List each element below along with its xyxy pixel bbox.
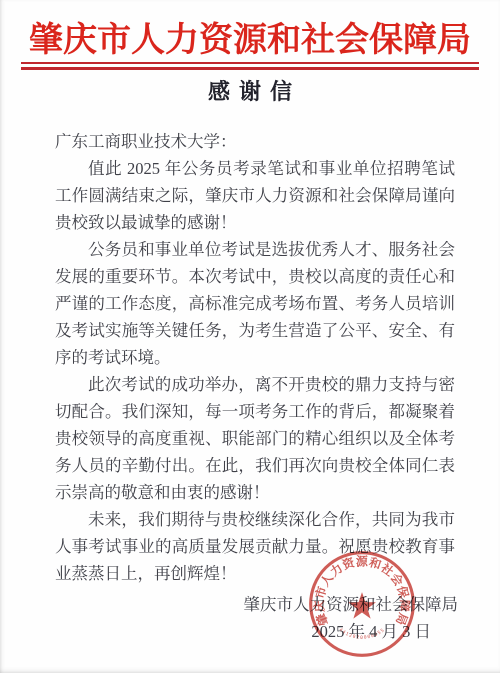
letterhead-separator [21, 62, 479, 70]
letter-page: 肇庆市人力资源和社会保障局 感谢信 广东工商职业技术大学： 值此 2025 年公… [0, 0, 500, 673]
letter-body: 广东工商职业技术大学： 值此 2025 年公务员考录笔试和事业单位招聘笔试工作圆… [55, 128, 455, 587]
letterhead-title: 肇庆市人力资源和社会保障局 [0, 12, 500, 61]
red-rule-thin [21, 62, 479, 64]
paragraph-2: 公务员和事业单位考试是选拔优秀人才、服务社会发展的重要环节。本次考试中，贵校以高… [55, 236, 455, 371]
seal-code: 4412020000055 [338, 627, 387, 641]
paragraph-1: 值此 2025 年公务员考录笔试和事业单位招聘笔试工作圆满结束之际，肇庆市人力资… [55, 155, 455, 236]
salutation: 广东工商职业技术大学： [55, 128, 455, 155]
paragraph-3: 此次考试的成功举办，离不开贵校的鼎力支持与密切配合。我们深知，每一项考务工作的背… [55, 371, 455, 506]
seal-star-icon [348, 592, 376, 618]
red-rule-thick [21, 67, 479, 70]
document-title: 感谢信 [0, 75, 500, 106]
official-seal: 肇庆市人力资源和社会保障局 4412020000055 [307, 549, 417, 659]
